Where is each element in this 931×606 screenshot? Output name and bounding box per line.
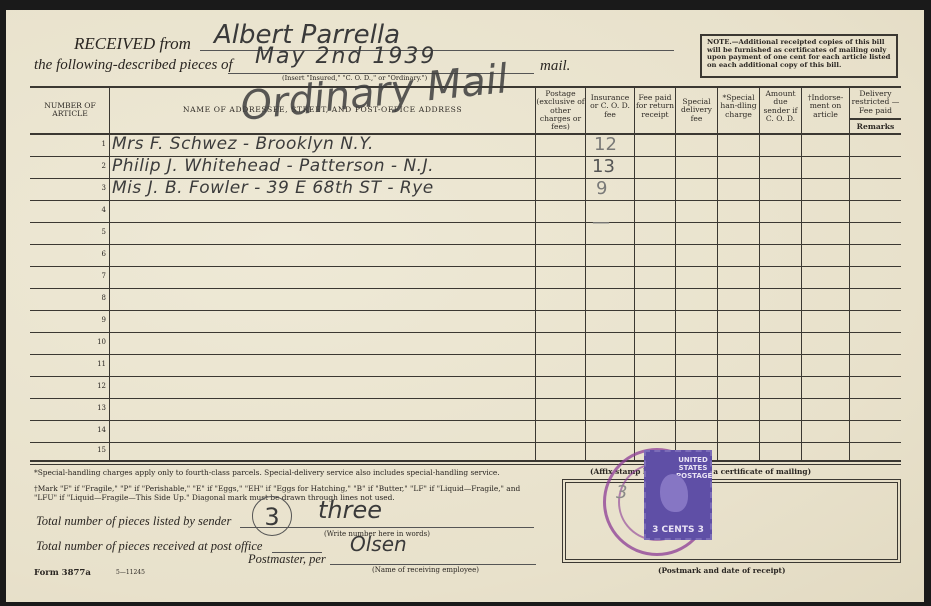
- row-number: 2: [24, 162, 106, 170]
- row-line: [30, 288, 901, 289]
- insurance-fee: 9: [596, 178, 607, 199]
- stamp-portrait-icon: [660, 474, 688, 512]
- row-line: [30, 222, 901, 223]
- header-return-receipt: Fee paid for return receipt: [635, 94, 675, 119]
- row-line: [30, 420, 901, 421]
- mail-label: mail.: [540, 58, 570, 75]
- postmaster-line: [330, 564, 536, 565]
- received-from-label: RECEIVED from: [74, 34, 191, 54]
- insurance-fee: 13: [592, 156, 615, 177]
- row-number: 6: [24, 250, 106, 258]
- row-number: 1: [24, 140, 106, 148]
- row-number: 4: [24, 206, 106, 214]
- total-listed-label: Total number of pieces listed by sender: [36, 514, 231, 529]
- pieces-of-label: the following-described pieces of: [34, 57, 233, 74]
- header-delivery-restricted: Delivery restricted —Fee paid: [850, 90, 901, 115]
- row-line: [30, 200, 901, 201]
- header-number-of-article: NUMBER OF ARTICLE: [32, 102, 108, 119]
- col-divider: [759, 88, 760, 460]
- row-line: [30, 266, 901, 267]
- col-divider: [717, 88, 718, 460]
- row-number: 5: [24, 228, 106, 236]
- row-number: 3: [24, 184, 106, 192]
- row-number: 10: [24, 338, 106, 346]
- col-divider: [535, 88, 536, 460]
- row-number: 8: [24, 294, 106, 302]
- total-received-label: Total number of pieces received at post …: [36, 539, 262, 554]
- header-special-delivery: Special delivery fee: [676, 98, 717, 123]
- stamp-country: UNITED STATES POSTAGE: [676, 456, 710, 480]
- row-number: 7: [24, 272, 106, 280]
- employee-hint: (Name of receiving employee): [372, 566, 479, 575]
- address-entry: Mrs F. Schwez - Brooklyn N.Y.: [112, 134, 374, 154]
- form-code: 5—11245: [116, 569, 145, 576]
- row-line: [30, 398, 901, 399]
- row-line: [30, 354, 901, 355]
- col-divider: [849, 88, 850, 460]
- row-number: 12: [24, 382, 106, 390]
- stamp-value: 3 CENTS 3: [648, 525, 708, 535]
- header-indorsement: †Indorse-ment on article: [802, 94, 849, 119]
- total-listed-words: three: [318, 496, 382, 524]
- note-text: NOTE.—Additional receipted copies of thi…: [707, 38, 890, 69]
- header-remarks: Remarks: [850, 123, 901, 131]
- insurance-fee: 12: [594, 134, 617, 155]
- postmaster-label: Postmaster, per: [248, 552, 326, 567]
- total-listed-number: 3: [252, 496, 292, 536]
- header-postage: Postage (exclusive of other charges or f…: [536, 90, 585, 131]
- col-divider: [675, 88, 676, 460]
- header-amount-due-cod: Amount due sender if C. O. D.: [760, 90, 801, 123]
- insurance-fee: —: [592, 212, 610, 233]
- row-line: [30, 310, 901, 311]
- note-box: NOTE.—Additional receipted copies of thi…: [700, 34, 898, 78]
- address-entry: Philip J. Whitehead - Patterson - N.J.: [112, 156, 434, 176]
- footnote-mark: †Mark "F" if "Fragile," "P" if "Perishab…: [34, 485, 536, 502]
- footnote-special-handling: *Special-handling charges apply only to …: [34, 469, 536, 478]
- row-number: 14: [24, 426, 106, 434]
- col-divider: [109, 88, 110, 460]
- row-number: 9: [24, 316, 106, 324]
- row-line: [30, 376, 901, 377]
- col-divider: [801, 88, 802, 460]
- form-number: Form 3877a: [34, 568, 91, 578]
- header-insurance-cod: Insurance or C. O. D. fee: [586, 94, 634, 119]
- table-bottom-border: [30, 460, 901, 462]
- postmark-date: 3: [616, 482, 627, 503]
- col-divider: [585, 88, 586, 460]
- col-divider: [634, 88, 635, 460]
- postmark-date-label: (Postmark and date of receipt): [658, 567, 785, 576]
- address-entry: Mis J. B. Fowler - 39 E 68th ST - Rye: [112, 178, 434, 198]
- row-number: 13: [24, 404, 106, 412]
- row-line: [30, 332, 901, 333]
- row-line: [30, 442, 901, 443]
- row-line: [30, 244, 901, 245]
- postage-stamp: UNITED STATES POSTAGE 3 CENTS 3: [644, 450, 712, 540]
- row-number: 11: [24, 360, 106, 368]
- table-bottom-border: [30, 464, 901, 465]
- remarks-divider: [849, 118, 901, 120]
- postmaster-signature: Olsen: [350, 532, 407, 556]
- header-special-handling: *Special han-dling charge: [718, 94, 759, 119]
- row-number: 15: [24, 446, 106, 454]
